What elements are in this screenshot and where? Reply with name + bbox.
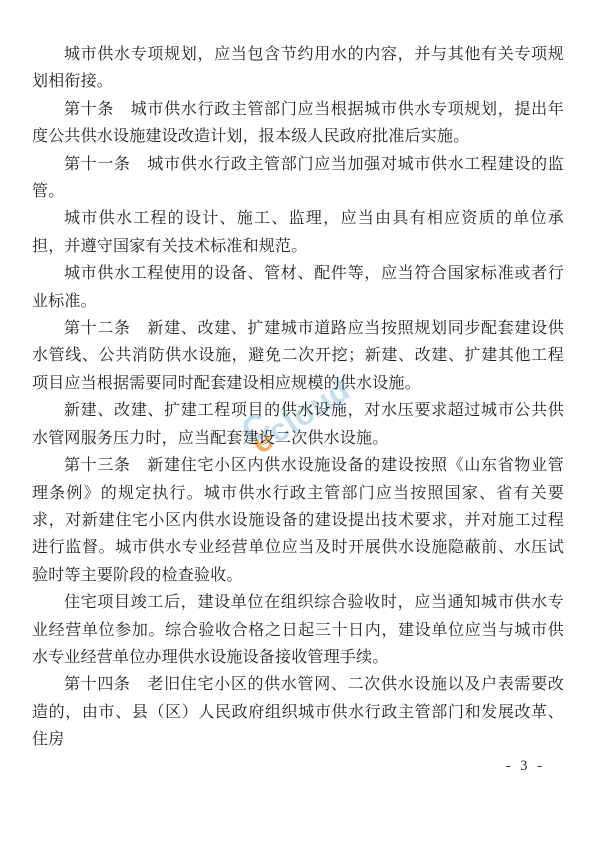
document-body: 城市供水专项规划，应当包含节约用水的内容，并与其他有关专项规划相衔接。 第十条 …	[32, 41, 564, 754]
paragraph-continuation: 城市供水专项规划，应当包含节约用水的内容，并与其他有关专项规划相衔接。	[32, 41, 564, 96]
page-number: - 3 -	[506, 758, 545, 775]
paragraph-article-10: 第十条 城市供水行政主管部门应当根据城市供水专项规划，提出年度公共供水设施建设改…	[32, 96, 564, 151]
paragraph-article-12: 第十二条 新建、改建、扩建城市道路应当按照规划同步配套建设供水管线、公共消防供水…	[32, 315, 564, 397]
paragraph-article-14: 第十四条 老旧住宅小区的供水管网、二次供水设施以及户表需要改造的，由市、县（区）…	[32, 671, 564, 753]
paragraph-article-11-clause-2: 城市供水工程的设计、施工、监理，应当由具有相应资质的单位承担，并遵守国家有关技术…	[32, 205, 564, 260]
document-page: Cecloud 城市供水专项规划，应当包含节约用水的内容，并与其他有关专项规划相…	[0, 0, 595, 841]
paragraph-article-13-clause-2: 住宅项目竣工后，建设单位在组织综合验收时，应当通知城市供水专业经营单位参加。综合…	[32, 589, 564, 671]
paragraph-article-11-clause-3: 城市供水工程使用的设备、管材、配件等，应当符合国家标准或者行业标准。	[32, 260, 564, 315]
paragraph-article-13: 第十三条 新建住宅小区内供水设施设备的建设按照《山东省物业管理条例》的规定执行。…	[32, 452, 564, 589]
paragraph-article-12-clause-2: 新建、改建、扩建工程项目的供水设施，对水压要求超过城市公共供水管网服务压力时，应…	[32, 397, 564, 452]
paragraph-article-11: 第十一条 城市供水行政主管部门应当加强对城市供水工程建设的监管。	[32, 151, 564, 206]
